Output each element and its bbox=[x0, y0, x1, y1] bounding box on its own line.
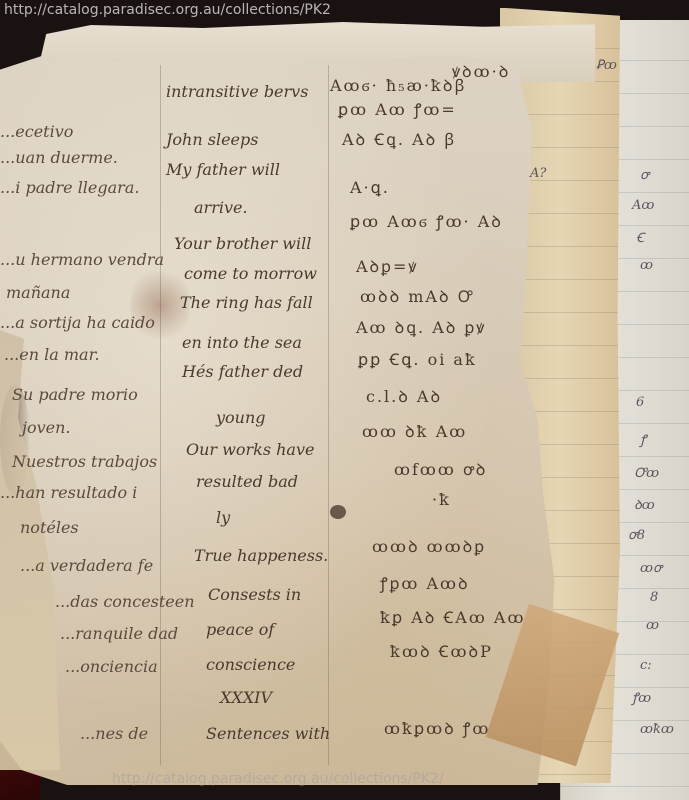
handwritten-line: Nuestros trabajos bbox=[12, 452, 157, 471]
handwritten-line: ...han resultado i bbox=[0, 483, 137, 502]
handwritten-line: ꝁꝏꝺ ꞒꝏꝺP bbox=[390, 640, 493, 662]
handwritten-line: Ꝍꝏ bbox=[634, 463, 659, 481]
handwritten-line: ...das concesteen bbox=[55, 592, 195, 611]
handwritten-line: My father will bbox=[166, 160, 280, 179]
handwritten-line: ꝍ bbox=[640, 165, 649, 183]
column-divider bbox=[328, 65, 329, 765]
handwritten-line: resulted bad bbox=[196, 472, 298, 491]
handwritten-line: c.l.ꝺ Aꝺ bbox=[366, 385, 442, 407]
handwritten-line: peace of bbox=[206, 620, 274, 639]
handwritten-line: come to morrow bbox=[184, 264, 317, 283]
handwritten-line: ꝏꝍ bbox=[640, 558, 662, 576]
handwritten-line: True happeness. bbox=[194, 546, 328, 565]
handwritten-line: Aꝏϭ· ħ₅ꜵ·ꝁꝺꞵ bbox=[330, 74, 467, 96]
handwritten-line: ꝏꝁꝑꝏꝺ ꝭꝏ bbox=[384, 717, 490, 739]
handwritten-line: young bbox=[216, 408, 266, 427]
handwritten-line: ...en la mar. bbox=[4, 345, 100, 364]
handwritten-line: Ꞓ bbox=[636, 228, 644, 246]
handwritten-line: notéles bbox=[20, 518, 79, 537]
handwritten-line: Aꝏ bbox=[632, 198, 654, 213]
handwritten-line: Your brother will bbox=[174, 234, 311, 253]
handwritten-line: Our works have bbox=[186, 440, 314, 459]
handwritten-line: ꝑꝏ Aꝏ ꝭꝏ= bbox=[338, 98, 457, 120]
handwritten-line: ꝏꝺꝺ mAꝺ Ꝍ bbox=[360, 285, 475, 307]
handwritten-line: Aꝺꝑ=ꝟ bbox=[356, 255, 418, 277]
handwritten-line: Aꝏ ꝺꝗ. Aꝺ ꝑꝟ bbox=[356, 316, 486, 338]
handwritten-line: ...nes de bbox=[80, 724, 148, 743]
handwritten-line: ꝭꝏ bbox=[632, 688, 651, 706]
handwritten-line: ꝑꝏ Aꝏϭ ꝭꝏ· Aꝺ bbox=[350, 210, 503, 232]
watermark-url-top: http://catalog.paradisec.org.au/collecti… bbox=[4, 2, 331, 18]
handwritten-line: ꝏꝁꝏ bbox=[640, 722, 674, 737]
handwritten-line: Consests in bbox=[208, 585, 301, 604]
handwritten-line: ly bbox=[216, 508, 230, 527]
handwritten-line: ꝭ bbox=[640, 430, 646, 448]
handwritten-line: Hés father ded bbox=[182, 362, 303, 381]
handwritten-line: John sleeps bbox=[166, 130, 258, 149]
handwritten-line: ꝁꝑ Aꝺ ꞒAꝏ Aꝏ bbox=[380, 606, 525, 628]
handwritten-line: en into the sea bbox=[182, 333, 302, 352]
handwritten-line: ꝍ8 bbox=[628, 525, 645, 543]
column-divider bbox=[160, 65, 161, 765]
handwritten-line: ·ꝁ bbox=[432, 490, 451, 509]
ruled-line bbox=[561, 786, 689, 787]
handwritten-line: arrive. bbox=[194, 198, 248, 217]
handwritten-line: ꝏꝏꝺ ꝏꝏꝺꝑ bbox=[372, 535, 486, 557]
handwritten-line: ꝏ bbox=[646, 618, 659, 633]
handwritten-line: ꝟꝺꝏ·ꝺ bbox=[452, 60, 510, 82]
ink-blot bbox=[330, 505, 346, 519]
handwritten-line: Ꝑꝏ bbox=[596, 58, 617, 73]
handwritten-line: Aꝺ Ꞓꝗ. Aꝺ ꞵ bbox=[342, 128, 456, 150]
handwritten-line: ...uan duerme. bbox=[0, 148, 118, 167]
handwritten-line: intransitive bervs bbox=[166, 82, 308, 101]
watermark-url-bottom: http://catalog.paradisec.org.au/collecti… bbox=[112, 771, 444, 787]
handwritten-line: ꝏfꝏꝏ ꝍꝺ bbox=[394, 458, 487, 480]
handwritten-line: 8 bbox=[650, 590, 658, 605]
handwritten-line: ...a verdadera fe bbox=[20, 556, 153, 575]
handwritten-line: ꝏ bbox=[640, 258, 653, 273]
handwritten-line: The ring has fall bbox=[180, 293, 313, 312]
handwritten-line: ꝑꝑ Ꞓꝗ. oi aꝁ bbox=[358, 348, 477, 370]
handwritten-line: ...i padre llegara. bbox=[0, 178, 139, 197]
handwritten-line: ...u hermano vendra bbox=[0, 250, 164, 269]
handwritten-line: ...a sortija ha caido bbox=[0, 313, 155, 332]
handwritten-line: c: bbox=[640, 658, 652, 673]
handwritten-line: ...ecetivo bbox=[0, 122, 73, 141]
handwritten-line: mañana bbox=[6, 283, 70, 302]
handwritten-line: ...ranquile dad bbox=[60, 624, 178, 643]
handwritten-line: ...onciencia bbox=[65, 657, 158, 676]
handwritten-line: ꝏꝏ ꝺꝁ Aꝏ bbox=[362, 420, 467, 442]
handwritten-line: ꝺꝏ bbox=[634, 495, 655, 513]
handwritten-line: 6 bbox=[636, 395, 644, 410]
handwritten-line: joven. bbox=[22, 418, 71, 437]
handwritten-line: A? bbox=[530, 166, 546, 181]
handwritten-line: A·ꝗ. bbox=[350, 178, 390, 197]
handwritten-line: ꝭꝑꝏ Aꝏꝺ bbox=[380, 572, 470, 594]
handwritten-line: conscience bbox=[206, 655, 295, 674]
handwritten-line: Sentences with bbox=[206, 724, 330, 743]
handwritten-line: XXXIV bbox=[220, 688, 272, 707]
handwritten-line: Su padre morio bbox=[12, 385, 138, 404]
